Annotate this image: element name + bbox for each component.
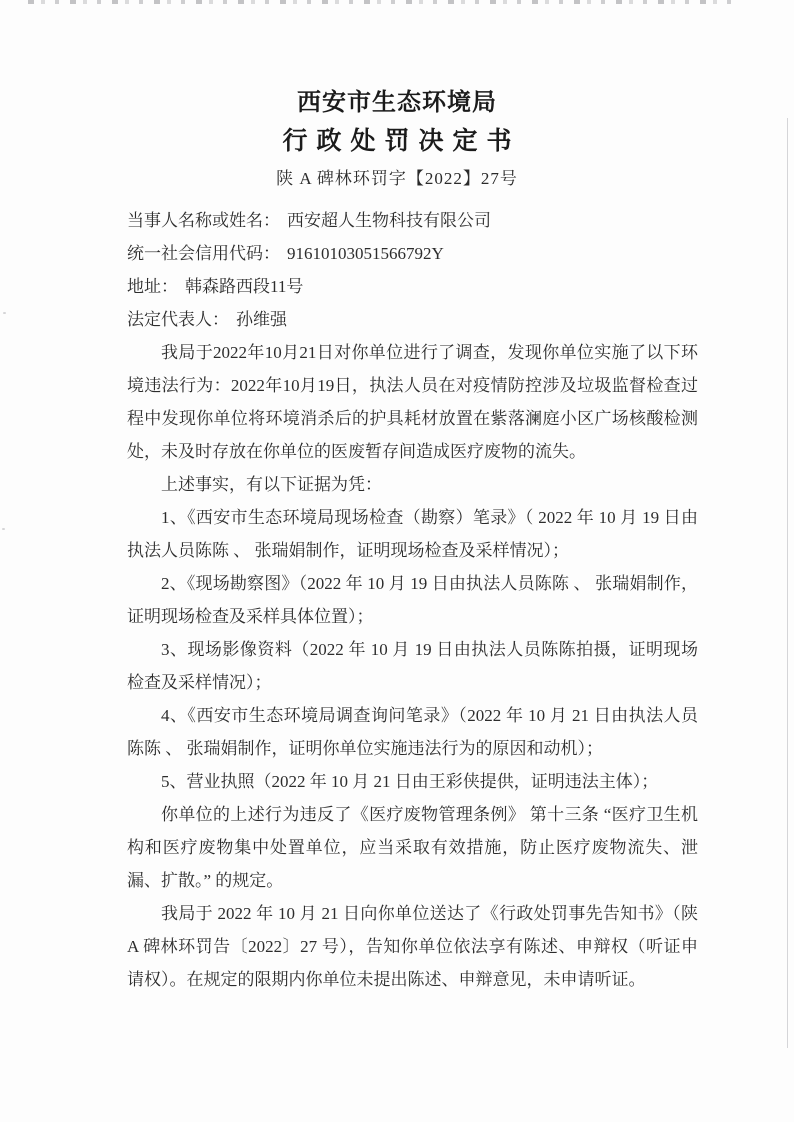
evidence-item-5: 5、营业执照（2022 年 10 月 21 日由王彩侠提供，证明违法主体）； [127, 765, 698, 798]
field-value: 西安超人生物科技有限公司 [287, 211, 491, 230]
evidence-item-1: 1、《西安市生态环境局现场检查（勘察）笔录》（ 2022 年 10 月 19 日… [127, 501, 698, 567]
scan-artifact-right-edge [787, 118, 788, 1048]
field-label: 当事人名称或姓名： [127, 211, 280, 230]
scanned-document-page: 西安市生态环境局 行政处罚决定书 陕 A 碑林环罚字【2022】27号 当事人名… [0, 0, 794, 1122]
evidence-intro: 上述事实，有以下证据为凭： [127, 468, 698, 501]
field-label: 地址： [127, 277, 178, 296]
field-party-name: 当事人名称或姓名：西安超人生物科技有限公司 [127, 204, 698, 237]
field-label: 法定代表人： [127, 310, 229, 329]
field-legal-representative: 法定代表人：孙维强 [127, 303, 698, 336]
doc-title: 行政处罚决定书 [0, 125, 794, 157]
evidence-item-4: 4、《西安市生态环境局调查询问笔录》（2022 年 10 月 21 日由执法人员… [127, 699, 698, 765]
document-header: 西安市生态环境局 行政处罚决定书 陕 A 碑林环罚字【2022】27号 [0, 0, 794, 191]
field-value: 韩森路西段11号 [185, 277, 303, 296]
document-body: 当事人名称或姓名：西安超人生物科技有限公司 统一社会信用代码：916101030… [0, 191, 794, 996]
field-value: 91610103051566792Y [287, 244, 444, 263]
field-credit-code: 统一社会信用代码：91610103051566792Y [127, 237, 698, 270]
scan-artifact-top-edge [28, 0, 734, 4]
field-address: 地址：韩森路西段11号 [127, 270, 698, 303]
field-value: 孙维强 [236, 310, 287, 329]
paragraphs-section: 我局于2022年10月21日对你单位进行了调查，发现你单位实施了以下环境违法行为… [127, 336, 698, 996]
party-info-section: 当事人名称或姓名：西安超人生物科技有限公司 统一社会信用代码：916101030… [127, 204, 698, 336]
org-title: 西安市生态环境局 [0, 88, 794, 118]
investigation-findings-paragraph: 我局于2022年10月21日对你单位进行了调查，发现你单位实施了以下环境违法行为… [127, 336, 698, 468]
evidence-item-3: 3、现场影像资料（2022 年 10 月 19 日由执法人员陈陈拍摄，证明现场检… [127, 633, 698, 699]
field-label: 统一社会信用代码： [127, 244, 280, 263]
scan-speckle [3, 312, 6, 314]
prior-notice-paragraph: 我局于 2022 年 10 月 21 日向你单位送达了《行政处罚事先告知书》（陕… [127, 897, 698, 996]
evidence-item-2: 2、《现场勘察图》（2022 年 10 月 19 日由执法人员陈陈 、 张瑞娟制… [127, 567, 698, 633]
scan-speckle [2, 528, 5, 530]
doc-number: 陕 A 碑林环罚字【2022】27号 [0, 167, 794, 191]
legal-basis-paragraph: 你单位的上述行为违反了《医疗废物管理条例》 第十三条 “医疗卫生机构和医疗废物集… [127, 798, 698, 897]
